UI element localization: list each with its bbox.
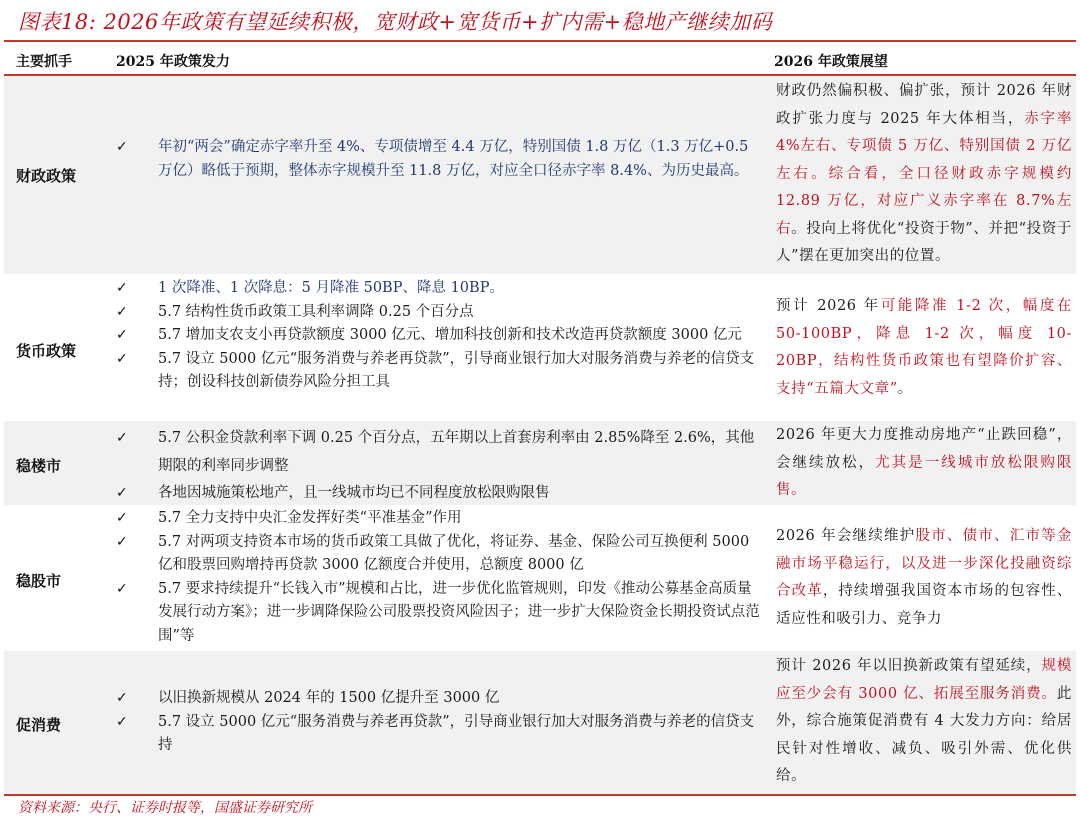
- table-row-property: 稳楼市 ✓5.7 公积金贷款利率下调 0.25 个百分点，五年期以上首套房利率由…: [4, 421, 1076, 505]
- table-row-stock: 稳股市 ✓5.7 全力支持中央汇金发挥好类“平准基金”作用 ✓5.7 对两项支持…: [4, 506, 1076, 650]
- check-icon: ✓: [116, 480, 128, 506]
- policy-item: ✓ 年初“两会”确定赤字率升至 4%、专项债增至 4.4 万亿，特别国债 1.8…: [112, 136, 762, 183]
- header-category: 主要抓手: [16, 51, 72, 71]
- check-icon: ✓: [116, 136, 128, 160]
- row-category: 财政政策: [16, 165, 76, 186]
- row-category: 货币政策: [16, 340, 76, 361]
- table-row-monetary: 货币政策 ✓1 次降准、1 次降息：5 月降准 50BP、降息 10BP。 ✓5…: [4, 276, 1076, 420]
- header-2026: 2026 年政策展望: [774, 51, 888, 71]
- table-header: 主要抓手 2025 年政策发力 2026 年政策展望: [4, 44, 1076, 76]
- source-note: 资料来源：央行、证券时报等，国盛证券研究所: [18, 797, 312, 817]
- policy-item: ✓5.7 设立 5000 亿元“服务消费与养老再贷款”，引导商业银行加大对服务消…: [112, 348, 762, 395]
- policy-item: ✓5.7 公积金贷款利率下调 0.25 个百分点，五年期以上首套房利率由 2.8…: [112, 424, 762, 480]
- bottom-rule: [4, 794, 1076, 796]
- outlook-text: 预计 2026 年以旧换新政策有望延续，规模应至少会有 3000 亿、拓展至服务…: [776, 653, 1072, 791]
- check-icon: ✓: [116, 348, 128, 372]
- check-icon: ✓: [116, 507, 128, 531]
- policy-item: ✓以旧换新规模从 2024 年的 1500 亿提升至 3000 亿: [112, 687, 762, 711]
- check-icon: ✓: [116, 301, 128, 325]
- check-icon: ✓: [116, 277, 128, 301]
- outlook-text: 预计 2026 年可能降准 1-2 次，幅度在 50-100BP，降息 1-2 …: [776, 293, 1072, 403]
- header-2025: 2025 年政策发力: [116, 51, 230, 71]
- figure-title: 图表18: 2026年政策有望延续积极，宽财政+宽货币+扩内需+稳地产继续加码: [18, 6, 772, 38]
- policy-item: ✓5.7 要求持续提升“长钱入市”规模和占比，进一步优化监管规则，印发《推动公募…: [112, 578, 762, 649]
- outlook-text: 2026 年更大力度推动房地产“止跌回稳”，会继续放松，尤其是一线城市放松限购限…: [776, 422, 1072, 505]
- policy-item: ✓各地因城施策松地产，且一线城市均已不同程度放松限购限售: [112, 480, 762, 506]
- policy-item: ✓1 次降准、1 次降息：5 月降准 50BP、降息 10BP。: [112, 277, 762, 301]
- check-icon: ✓: [116, 711, 128, 735]
- row-category: 促消费: [16, 714, 61, 735]
- check-icon: ✓: [116, 687, 128, 711]
- table-row-fiscal: 财政政策 ✓ 年初“两会”确定赤字率升至 4%、专项债增至 4.4 万亿，特别国…: [4, 76, 1076, 274]
- check-icon: ✓: [116, 578, 128, 602]
- policy-item: ✓5.7 增加支农支小再贷款额度 3000 亿元、增加科技创新和技术改造再贷款额…: [112, 324, 762, 348]
- check-icon: ✓: [116, 324, 128, 348]
- outlook-text: 2026 年会继续维护股市、债市、汇市等金融市场平稳运行，以及进一步深化投融资综…: [776, 523, 1072, 633]
- policy-item: ✓5.7 对两项支持资本市场的货币政策工具做了优化，将证券、基金、保险公司互换便…: [112, 531, 762, 578]
- policy-item: ✓5.7 全力支持中央汇金发挥好类“平准基金”作用: [112, 507, 762, 531]
- policy-item: ✓5.7 结构性货币政策工具利率调降 0.25 个百分点: [112, 301, 762, 325]
- table-row-consumption: 促消费 ✓以旧换新规模从 2024 年的 1500 亿提升至 3000 亿 ✓5…: [4, 651, 1076, 795]
- title-rule: [4, 40, 1076, 42]
- row-category: 稳楼市: [16, 455, 61, 476]
- outlook-text: 财政仍然偏积极、偏扩张，预计 2026 年财政扩张力度与 2025 年大体相当，…: [776, 78, 1072, 271]
- policy-item: ✓5.7 设立 5000 亿元“服务消费与养老再贷款”，引导商业银行加大对服务消…: [112, 711, 762, 758]
- check-icon: ✓: [116, 424, 128, 452]
- check-icon: ✓: [116, 531, 128, 555]
- row-category: 稳股市: [16, 570, 61, 591]
